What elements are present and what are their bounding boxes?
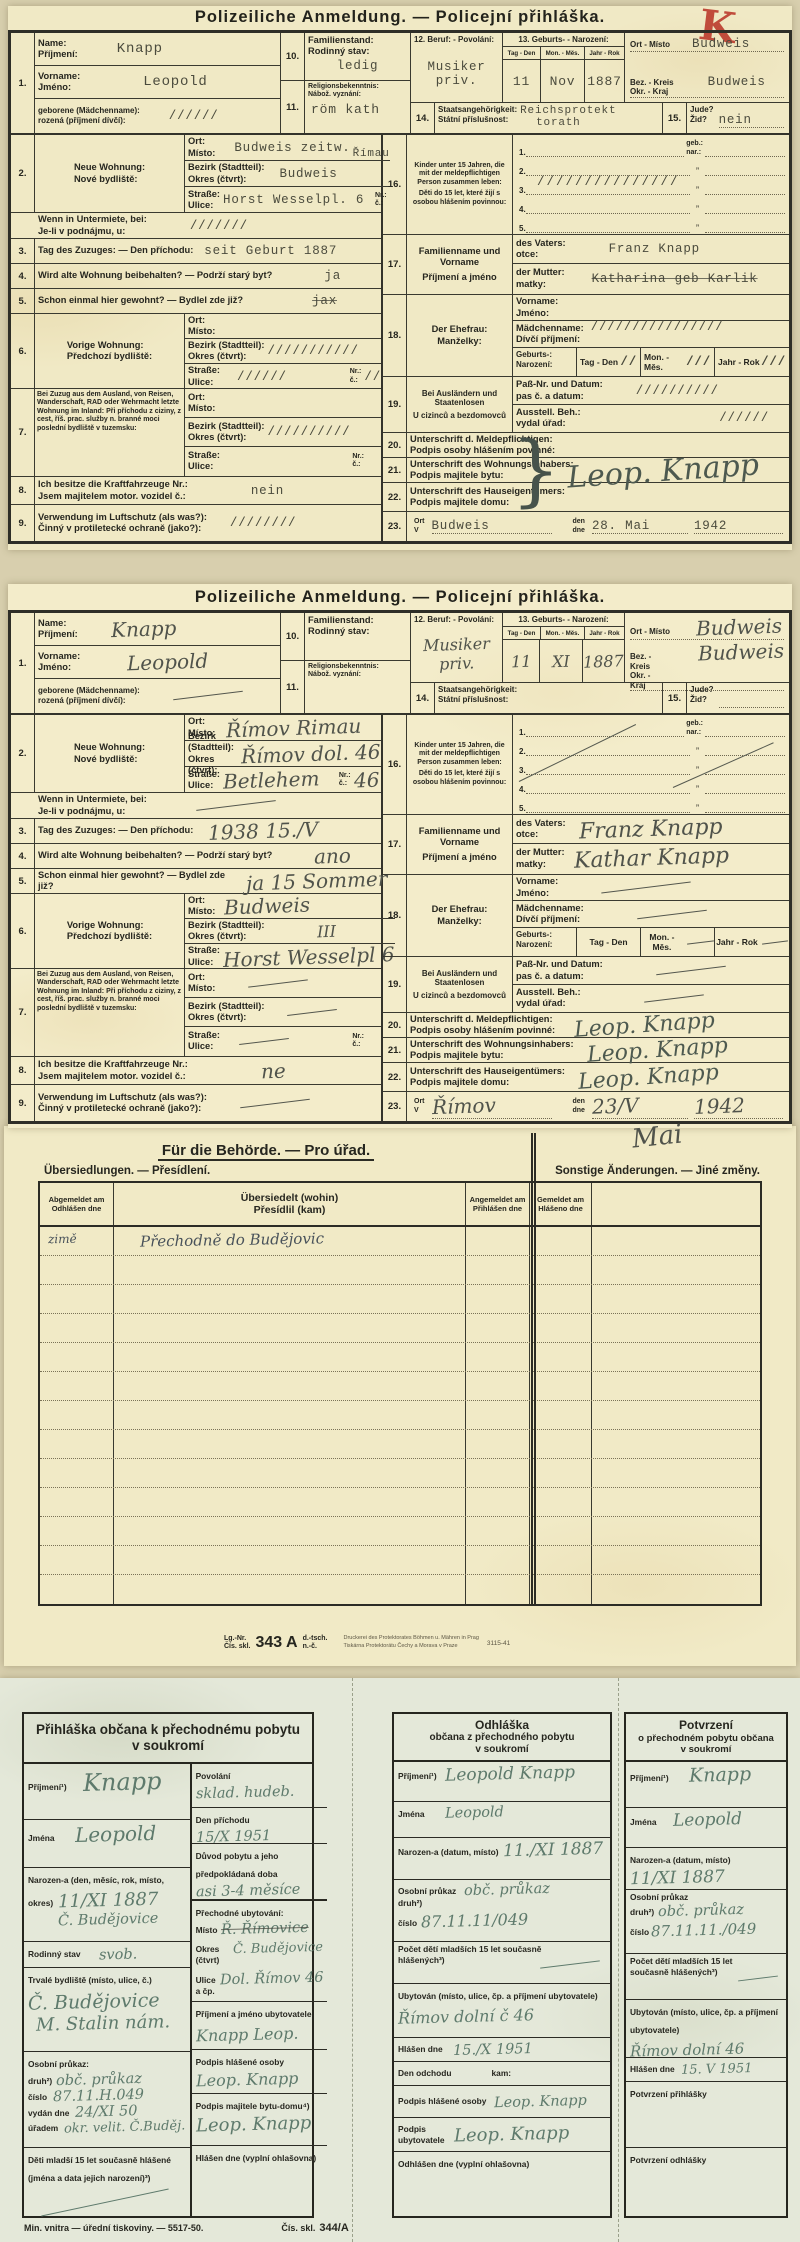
row-unterschrift-20: 20. Unterschrift d. Meldepflichtigen:Pod… (383, 433, 789, 458)
fold-line (618, 1678, 619, 2242)
pen-stroke (249, 979, 309, 987)
table-row (40, 1314, 760, 1343)
row-vorige-wohnung: 6. Vorige Wohnung:Předchozí bydliště: Or… (11, 894, 381, 969)
misto-value: Ř. Římovice (221, 1920, 309, 1938)
row-eltern: 17. Familienname und VornamePříjmení a j… (383, 235, 789, 295)
beruf-label: 12. Beruf: - Povolání: (411, 613, 502, 627)
sonstige-label: Sonstige Änderungen. — Jiné změny. (555, 1165, 760, 1177)
form-title: Polizeiliche Anmeldung. — Policejní přih… (8, 588, 792, 610)
okres-value: Č. Budějovice (233, 1940, 323, 1957)
row-zuzug: 3. Tag des Zuzuges: — Den příchodu: seit… (11, 239, 381, 264)
prijmeni-value: Knapp (688, 1763, 751, 1787)
row-kfz: 8. Ich besitze die Kraftfahrzeuge Nr.:Js… (11, 477, 381, 505)
table-row: zimě Přechodně do Budějovic (40, 1227, 760, 1256)
vorname-label: Vorname:Jméno: (35, 649, 83, 675)
rodinny-value: svob. (98, 1946, 137, 1963)
geborene-label: geborene (Mädchenname):rozená (příjmení … (35, 684, 143, 707)
ausstell-value: ////// (719, 411, 769, 425)
rodinny-label: Rodinný stav (28, 1949, 81, 1960)
beruf-label: 12. Beruf: - Povolání: (411, 33, 502, 47)
table-row (40, 1372, 760, 1401)
geburts-label: 13. Geburts- - Narození: (503, 33, 624, 47)
den23-value: 28. Mai (592, 519, 688, 534)
table-row (40, 1488, 760, 1517)
potvrzeni-card: Potvrzení o přechodném pobytu občana v s… (624, 1712, 788, 2218)
ubytovani-block: Přechodné ubytování: MístoŘ. Římovice Ok… (192, 1900, 328, 2002)
wohnung-ort-value: Římov Rimau (226, 713, 362, 742)
vorname-value: Leopold (127, 649, 209, 676)
row-number: 11. (281, 81, 305, 133)
row-number: 1. (11, 33, 35, 133)
signature-leop-knapp: Leop. Knapp (195, 2112, 311, 2136)
vorname-value: Leopold (143, 74, 207, 90)
alte-wohnung-value: ano (314, 843, 352, 868)
row-ort-datum: 23. OrtV Budweis dendne 28. Mai 1942 (383, 512, 789, 541)
row-auslaender: 19. Bei Ausländern und StaatenlosenU ciz… (383, 377, 789, 433)
kinder-label: Kinder unter 15 Jahren, die mit der meld… (407, 160, 512, 209)
vorname-label: Vorname:Jméno: (35, 69, 83, 95)
table-row (40, 1575, 760, 1604)
unterschrift-haus-label: Unterschrift des Hauseigentümers:Podpis … (407, 484, 568, 510)
povolani-label: Povolání (196, 1771, 231, 1781)
table-row (40, 1343, 760, 1372)
prichod-label: Den příchodu (196, 1815, 250, 1825)
mutter-value: Kathar Knapp (573, 843, 729, 873)
potvrzeni-title: Potvrzení o přechodném pobytu občana v s… (626, 1714, 786, 1762)
row-auslaender: 19. Bei Ausländern und StaatenlosenU ciz… (383, 957, 789, 1013)
familienstand-label: Familienstand:Rodinný stav: (305, 33, 410, 59)
zuzug-value: 1938 15./V (208, 817, 319, 845)
deti-label: Děti mladší 15 let současně hlášené (jmé… (28, 2155, 171, 2183)
row-luftschutz: 9. Verwendung im Luftschutz (als was?):Č… (11, 1085, 381, 1121)
schon-einmal-value: ja 15 Sommer (245, 867, 387, 896)
geborene-label: geborene (Mädchenname):rozená (příjmení … (35, 104, 143, 127)
zuzug-label: Tag des Zuzuges: — Den příchodu: (35, 243, 196, 258)
section-divider (531, 1133, 536, 1604)
table-row (40, 1546, 760, 1575)
wohnung-bezirk-value: Budweis (279, 167, 337, 181)
narozen-value: 11/XI 1887 (57, 1889, 158, 1913)
jahr23-value: 1942 (694, 1093, 746, 1119)
fold-line (352, 1678, 353, 2242)
behoerde-title: Für die Behörde. — Pro úřad. (158, 1142, 374, 1161)
staats-label: Staatsangehörigkeit:Státní příslušnost: (435, 103, 520, 133)
luftschutz-label: Verwendung im Luftschutz (als was?):Činn… (35, 510, 210, 536)
beruf-value: Musiker (427, 60, 485, 74)
row-number: 14. (411, 103, 435, 133)
kfz-label: Ich besitze die Kraftfahrzeuge Nr.:Jsem … (35, 477, 191, 503)
duvod-value: asi 3-4 měsíce (195, 1882, 300, 1901)
podpis-majitele-label: Podpis majitele bytu-domu⁴) (196, 2101, 310, 2111)
row-number: 15. (663, 103, 687, 133)
col-angemeldet: Angemeldet amPřihlášen dne (466, 1183, 530, 1225)
wohnung-strasse-value: Betlehem (223, 766, 320, 793)
row-neue-wohnung: 2. Neue Wohnung:Nové bydliště: Ort:Místo… (11, 135, 381, 213)
form-number: 343 A (255, 1634, 297, 1652)
druh-value: obč. průkaz (464, 1881, 550, 1899)
geborene-value: ////// (169, 109, 219, 123)
mutter-label: der Mutter:matky: (513, 265, 568, 291)
name-label: Name:Příjmení: (35, 36, 81, 62)
trvale-value: Č. Budějovice (28, 1989, 160, 2014)
row-ehefrau: 18. Der Ehefrau:Manželky: Vorname:Jméno:… (383, 875, 789, 957)
vorige-strasse-value: Horst Wesselpl 6 (223, 942, 395, 972)
row-vorige-wohnung: 6. Vorige Wohnung:Předchozí bydliště: Or… (11, 314, 381, 389)
vorige-bezirk-value: III (317, 921, 337, 941)
jahr-label: Jahr - Rok (585, 47, 624, 59)
row-untermiete: Wenn in Untermiete, bei:Je-li v podnájmu… (11, 213, 381, 239)
ubytovatel-label: Příjmení a jméno ubytovatele (196, 2009, 312, 2019)
jahr23-value: 1942 (694, 519, 783, 534)
duvod-label: Důvod pobytu a jeho předpokládaná doba (196, 1851, 279, 1879)
pass-label: Paß-Nr. und Datum:pas č. a datum: (513, 377, 606, 403)
familienstand-label: Familienstand:Rodinný stav: (305, 613, 410, 639)
geb-mon-value: XI (552, 651, 570, 671)
vater-value: Franz Knapp (578, 814, 722, 844)
eltern-label: Familienname und VornamePříjmení a jméno (407, 244, 512, 284)
odhlaska-card: Odhláška občana z přechodného pobytu v s… (392, 1712, 612, 2218)
unterschrift-wohnung-label: Unterschrift des Wohnungsinhabers:Podpis… (407, 457, 577, 483)
prijmeni-value: Knapp (82, 1767, 161, 1797)
alte-wohnung-value: ja (324, 269, 341, 283)
table-row (40, 1256, 760, 1285)
row-alte-wohnung: 4. Wird alte Wohnung beibehalten? — Podr… (11, 844, 381, 869)
kinder-slashes: /////////////// (537, 175, 680, 189)
geb-mon-value: Nov (541, 60, 585, 102)
maedchenname-value: //////////////// (591, 320, 724, 334)
geb-jahr-value: 1887 (585, 60, 624, 102)
table-row (40, 1459, 760, 1488)
wohnung-bezirk-value: Římov dol. 46 (241, 739, 381, 768)
geb-bez-value: Budweis (698, 639, 785, 666)
cislo-value: 87.11.11/049 (421, 1909, 529, 1931)
povolani-value: sklad. hudeb. (195, 1784, 294, 1803)
col-blank (592, 1183, 760, 1225)
druh-value: obč. průkaz (658, 1901, 744, 1919)
prukaz-block: Osobní průkaz: druh²)obč. průkaz číslo87… (24, 2052, 190, 2148)
uebersiedelt-value: Přechodně do Budějovic (140, 1229, 324, 1250)
unterschrift-melde-label: Unterschrift d. Meldepflichtigen:Podpis … (407, 432, 558, 458)
abgemeldet-value: zimě (48, 1232, 77, 1246)
row-ausland: 7. Bei Zuzug aus dem Ausland, von Reisen… (11, 969, 381, 1057)
beruf-value-2: priv. (436, 74, 478, 88)
row-unterschrift-22: 22. Unterschrift des Hauseigentümers:Pod… (383, 1063, 789, 1092)
staats-value-2: torath (536, 117, 616, 129)
strasse-label: Straße:Ulice: (185, 187, 223, 213)
pen-stroke (644, 994, 704, 1002)
ubytovan-value: Římov dolní č 46 (398, 2005, 534, 2028)
row-kfz: 8. Ich besitze die Kraftfahrzeuge Nr.:Js… (11, 1057, 381, 1085)
signature-leop-knapp: Leop. Knapp (454, 2122, 570, 2146)
ubytovatel-value: Knapp Leop. (195, 2024, 298, 2046)
kfz-value: nein (251, 484, 284, 498)
odhlaska-title: Odhláška občana z přechodného pobytu v s… (394, 1714, 610, 1762)
row-kinder: 16. Kinder unter 15 Jahren, die mit der … (383, 135, 789, 235)
wohnung-ort-value: Budweis zeitw. (234, 141, 350, 155)
jude-label: Jude?Žid? (687, 683, 717, 713)
beruf-value-2: priv. (439, 654, 475, 674)
behoerde-table: Abgemeldet amOdhlášen dne Übersiedelt (w… (38, 1181, 762, 1606)
row-luftschutz: 9. Verwendung im Luftschutz (als was?):Č… (11, 505, 381, 541)
pen-stroke (656, 966, 726, 976)
vorige-strasse-value: ////// (237, 370, 287, 384)
kfz-value: ne (260, 1058, 286, 1083)
strasse-label: Straße:Ulice: (185, 363, 223, 389)
trvale-label: Trvalé bydliště (místo, ulice, č.) (28, 1975, 152, 1985)
pen-stroke (288, 1008, 338, 1015)
tag-label: Tag - Den (503, 47, 541, 59)
pen-stroke (540, 1960, 600, 1968)
pen-stroke (239, 1037, 289, 1044)
pen-stroke (173, 691, 243, 701)
luftschutz-value: //////// (230, 516, 296, 530)
potvrzeni-prihlasky-label: Potvrzení přihlášky (630, 2089, 707, 2099)
row-alte-wohnung: 4. Wird alte Wohnung beibehalten? — Podr… (11, 264, 381, 289)
trvale-value-2: M. Stalin nám. (36, 2011, 171, 2036)
row-number: 10. (281, 33, 305, 80)
narozen-value: 11/XI 1887 (630, 1867, 725, 1889)
form-title: Polizeiliche Anmeldung. — Policejní přih… (8, 8, 792, 30)
uebersiedlungen-label: Übersiedlungen. — Přesídlení. (44, 1165, 210, 1177)
vorige-wohnung-label: Vorige Wohnung:Předchozí bydliště: (64, 338, 155, 364)
ulice-value: Dol. Římov 46 (219, 1970, 323, 1989)
anmeldung-table: 1. Name:Příjmení: Knapp Vorname:Jméno: L… (8, 30, 792, 544)
row-zuzug: 3. Tag des Zuzuges: — Den příchodu: 1938… (11, 819, 381, 844)
den23-value: 23/V (592, 1093, 639, 1119)
religion-label: Religionsbekenntnis:Nábož. vyznání: (305, 661, 410, 682)
uradem-value: okr. velit. Č.Buděj. (64, 2118, 186, 2136)
wohnung-nr-value: 46 (353, 768, 379, 793)
ausland-bezirk-value: ////////// (267, 425, 350, 439)
schon-einmal-value: jax (312, 294, 337, 308)
row-kinder: 16. Kinder unter 15 Jahren, die mit der … (383, 715, 789, 815)
pen-stroke (762, 940, 788, 944)
zuzug-value: seit Geburt 1887 (204, 244, 337, 258)
prihlaska-title: Přihláška občana k přechodnému pobytuv s… (24, 1714, 312, 1764)
wohnung-strasse-value: Horst Wesselpl. 6 (223, 193, 364, 207)
religion-label: Religionsbekenntnis:Nábož. vyznání: (305, 81, 410, 102)
ort-label: Ort:Místo: (185, 313, 218, 339)
row-ort-datum: 23. OrtV Římov dendne 23/V 1942 (383, 1092, 789, 1121)
neue-wohnung-label: Neue Wohnung:Nové bydliště: (71, 160, 148, 186)
schon-einmal-label: Schon einmal hier gewohnt? — Bydlel zde … (35, 293, 246, 308)
untermiete-label: Wenn in Untermiete, bei:Je-li v podnájmu… (35, 212, 150, 238)
vorige-bezirk-value: /////////// (267, 344, 358, 358)
anmeldung-table: 1. Name:Příjmení: Knapp Vorname:Jméno: L… (8, 610, 792, 1124)
pen-stroke (687, 940, 714, 944)
pass-value: ////////// (636, 384, 719, 398)
formC-footer: Lg.-Nr.Čís. skl. 343 A d.-tsch.n.-č. Dru… (224, 1634, 510, 1652)
name-value: Knapp (117, 41, 163, 57)
hlasen-value: 15./X 1951 (452, 2040, 532, 2058)
geb-ort-value: Budweis (692, 37, 750, 51)
mutter-value: Katharina geb Karlik (592, 272, 758, 286)
anmeldung-form-2: Polizeiliche Anmeldung. — Policejní přih… (8, 584, 792, 1128)
vorige-nr-value: // (364, 370, 381, 384)
table-row (40, 1285, 760, 1314)
prihlaska-card: Přihláška občana k přechodnému pobytuv s… (22, 1712, 314, 2218)
religion-value: röm kath (311, 102, 410, 117)
row-unterschrift-22: 22. Unterschrift des Hauseigentümers:Pod… (383, 483, 789, 512)
ort23-value: Budweis (432, 519, 552, 534)
bezirk-label: Bezirk (Stadtteil):Okres (čtvrt): (185, 160, 267, 186)
prukaz-block: Osobní průkaz druh²)obč. průkaz číslo87.… (626, 1890, 786, 1954)
maedchenname-label: Mädchenname:Dívčí příjmení: (513, 321, 587, 347)
jude-value: nein (719, 113, 784, 128)
narozen-value: 11./XI 1887 (502, 1839, 603, 1862)
table-row (40, 1430, 760, 1459)
geb-tag-value: 11 (503, 60, 541, 102)
podpis-osoby-label: Podpis hlášené osoby (196, 2057, 284, 2067)
signature-leop-knapp: Leop. Knapp (494, 2092, 587, 2110)
pobyt-cards-section: Přihláška občana k přechodnému pobytuv s… (0, 1678, 800, 2242)
jmena-value: Leopold (74, 1821, 156, 1847)
name-value: Knapp (110, 616, 176, 642)
potvrzeni-odhlasky-label: Potvrzení odhlášky (630, 2155, 706, 2165)
pen-stroke (240, 1098, 310, 1108)
jmena-label: Jména (28, 1833, 55, 1843)
vater-label: des Vaters:otce: (513, 236, 569, 262)
table-row (40, 1401, 760, 1430)
geb-ort-field: Ort - Místo Budweis (630, 37, 784, 52)
beruf-value: Musiker (423, 634, 490, 655)
geb-ort-value: Budweis (696, 614, 783, 641)
row-ehefrau: 18. Der Ehefrau:Manželky: Vorname:Jméno:… (383, 295, 789, 377)
hlasen-value: 15. V 1951 (681, 2061, 753, 2078)
pen-stroke (601, 882, 690, 894)
row-untermiete: Wenn in Untermiete, bei:Je-li v podnájmu… (11, 793, 381, 819)
geburts2-label: Geburts-:Narození: (513, 348, 577, 376)
auslaender-label: Bei Ausländern und StaatenlosenU cizinců… (407, 387, 512, 423)
staats-value: Reichsprotekt (520, 105, 616, 117)
col-abgemeldet: Abgemeldet amOdhlášen dne (40, 1183, 114, 1225)
prukaz-block: Osobní průkazobč. průkaz druh²) číslo87.… (394, 1880, 610, 1942)
row-neue-wohnung: 2. Neue Wohnung:Nové bydliště: Ort:Místo… (11, 715, 381, 793)
row-unterschrift-21: 21. Unterschrift des Wohnungsinhabers:Po… (383, 458, 789, 483)
form-number: 344/A (319, 2222, 348, 2234)
anmeldung-form-1: Polizeiliche Anmeldung. — Policejní přih… (8, 6, 792, 550)
cislo-value: 87.11.11./049 (651, 1919, 757, 1940)
table-row (40, 1517, 760, 1546)
prijmeni-value: Leopold Knapp (444, 1762, 574, 1785)
row-schon-einmal: 5. Schon einmal hier gewohnt? — Bydlel z… (11, 289, 381, 314)
vydan-value: 24/XI 50 (75, 2103, 138, 2121)
jmena-value: Leopold (444, 1804, 503, 1822)
ausland-label: Bei Zuzug aus dem Ausland, von Reisen, W… (37, 391, 182, 433)
mon-label: Mon. - Měs. (541, 47, 585, 59)
name-label: Name:Příjmení: (35, 616, 81, 642)
hlasen-dne-label: Hlášen dne (vyplní ohlašovna) (196, 2153, 317, 2163)
jude-label: Jude?Žid? (687, 103, 717, 133)
behoerde-title-wrap: Für die Behörde. — Pro úřad. (4, 1142, 528, 1160)
pen-stroke (196, 800, 276, 811)
vater-value: Franz Knapp (609, 242, 700, 256)
row-unterschrift-20: 20. Unterschrift d. Meldepflichtigen:Pod… (383, 1013, 789, 1038)
narozen-value-2: Č. Budějovice (58, 1911, 159, 1930)
pen-stroke (637, 909, 707, 919)
ausstell-label: Ausstell. Beh.:vydal úřad: (513, 405, 584, 431)
col-gemeldet: Gemeldet amHlášeno dne (530, 1183, 592, 1225)
pen-stroke (41, 2188, 168, 2216)
staats-label: Staatsangehörigkeit:Státní příslušnost: (435, 683, 520, 713)
behoerde-section: Für die Behörde. — Pro úřad. Übersiedlun… (4, 1126, 796, 1666)
geb-jahr-value: 1887 (583, 651, 624, 671)
row-schon-einmal: 5. Schon einmal hier gewohnt? — Bydlel z… (11, 869, 381, 894)
untermiete-value: /////// (190, 219, 248, 233)
vorige-ort-value: Budweis (224, 893, 311, 920)
bezirk-label: Bezirk (Stadtteil):Okres (čtvrt): (185, 338, 267, 364)
geb-tag-value: 11 (511, 651, 532, 671)
geb-bez-value: Budweis (708, 75, 766, 89)
jmena-value: Leopold (672, 1809, 742, 1831)
familienstand-value: ledig (305, 59, 410, 73)
alte-wohnung-label: Wird alte Wohnung beibehalten? — Podrží … (35, 268, 275, 283)
row-eltern: 17. Familienname und VornamePříjmení a j… (383, 815, 789, 875)
ehefrau-label: Der Ehefrau:Manželky: (429, 322, 491, 348)
formD-footer: Min. vnitra — úřední tiskoviny. — 5517-5… (24, 2222, 349, 2234)
row-ausland: 7. Bei Zuzug aus dem Ausland, von Reisen… (11, 389, 381, 477)
ort-label: Ort:Místo: (185, 134, 218, 160)
col-uebersiedelt: Übersiedelt (wohin)Přesídlil (kam) (114, 1183, 466, 1225)
prijmeni-label: Příjmení¹) (28, 1782, 67, 1792)
signature-leop-knapp: Leop. Knapp (195, 2069, 298, 2091)
mai-note: Mai (631, 1119, 684, 1154)
geb-bez-field: Bez. - KreisOkr. - Kraj Budweis (630, 75, 784, 98)
ort23-value: Římov (431, 1093, 496, 1119)
